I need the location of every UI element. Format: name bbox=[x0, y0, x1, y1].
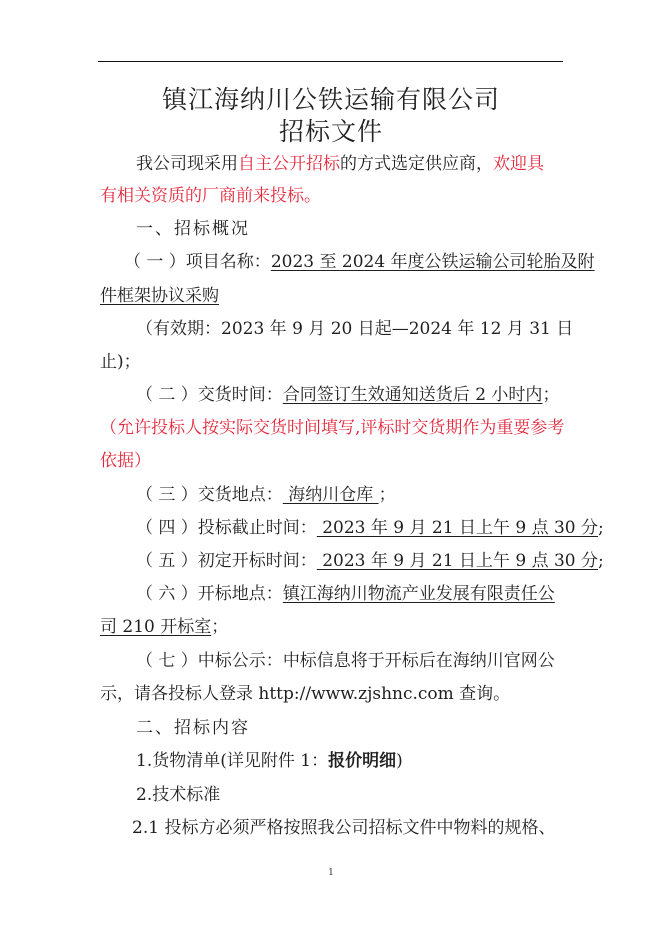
item-bid-opening-location: （ 六 ）开标地点：镇江海纳川物流产业发展有限责任公 bbox=[136, 583, 555, 605]
goods-list-text: 1.货物清单(详见附件 1： bbox=[136, 751, 328, 771]
bid-opening-location-cont: 司 210 开标室； bbox=[100, 616, 228, 638]
intro-highlight-method: 自主公开招标 bbox=[238, 154, 340, 174]
delivery-time-note: （允许投标人按实际交货时间填写,评标时交货期作为重要参考 bbox=[100, 417, 564, 439]
item-label: （ 一 ）项目名称： bbox=[124, 252, 271, 272]
delivery-time-note-cont: 依据） bbox=[100, 450, 151, 472]
bid-opening-location-value: 镇江海纳川物流产业发展有限责任公 bbox=[283, 584, 555, 604]
bid-deadline-value: 2023 年 9 月 21 日上午 9 点 30 分 bbox=[317, 518, 598, 538]
document-page: 镇江海纳川公铁运输有限公司 招标文件 我公司现采用自主公开招标的方式选定供应商，… bbox=[0, 0, 662, 936]
punctuation: ; bbox=[598, 518, 604, 538]
document-title-type: 招标文件 bbox=[0, 112, 662, 148]
delivery-location-value: 海纳川仓库 bbox=[283, 485, 379, 505]
item-bid-opening-time: （ 五 ）初定开标时间： 2023 年 9 月 21 日上午 9 点 30 分; bbox=[136, 550, 604, 572]
intro-line-2: 有相关资质的厂商前来投标。 bbox=[100, 185, 321, 207]
item-label: （ 四 ）投标截止时间： bbox=[136, 518, 317, 538]
item-delivery-time: （ 二 ）交货时间：合同签订生效通知送货后 2 小时内； bbox=[136, 384, 559, 406]
item-label: （ 二 ）交货时间： bbox=[136, 385, 283, 405]
item-label: （ 五 ）初定开标时间： bbox=[136, 551, 317, 571]
item-bid-deadline: （ 四 ）投标截止时间： 2023 年 9 月 21 日上午 9 点 30 分; bbox=[136, 517, 604, 539]
punctuation: ) bbox=[396, 751, 403, 771]
bid-opening-location-value-cont: 司 210 开标室 bbox=[100, 617, 211, 637]
item-label: （ 六 ）开标地点： bbox=[136, 584, 283, 604]
technical-standard-2-1: 2.1 投标方必须严格按照我公司招标文件中物料的规格、 bbox=[132, 817, 555, 839]
validity-period: （有效期：2023 年 9 月 20 日起—2024 年 12 月 31 日 bbox=[136, 318, 573, 340]
validity-period-cont: 止)； bbox=[100, 351, 141, 373]
technical-standard-heading: 2.技术标准 bbox=[136, 784, 220, 806]
punctuation: ； bbox=[211, 617, 228, 637]
item-delivery-location: （ 三 ）交货地点： 海纳川仓库 ； bbox=[136, 484, 396, 506]
document-title-company: 镇江海纳川公铁运输有限公司 bbox=[0, 80, 662, 116]
punctuation: ； bbox=[542, 385, 559, 405]
item-label: （ 七 ）中标公示： bbox=[136, 651, 283, 671]
header-rule bbox=[98, 61, 563, 62]
section-2-heading: 二、招标内容 bbox=[136, 717, 250, 739]
award-notice-text: 中标信息将于开标后在海纳川官网公 bbox=[283, 651, 555, 671]
page-number: 1 bbox=[0, 868, 662, 878]
item-label: （ 三 ）交货地点： bbox=[136, 485, 283, 505]
intro-highlight-welcome: 欢迎具 bbox=[493, 154, 544, 174]
section-1-heading: 一、招标概况 bbox=[136, 218, 250, 240]
punctuation: ; bbox=[598, 551, 604, 571]
intro-text: 我公司现采用 bbox=[136, 154, 238, 174]
punctuation: ； bbox=[379, 485, 396, 505]
award-notice-text-cont: 示，请各投标人登录 http://www.zjshnc.com 查询。 bbox=[100, 683, 510, 705]
quote-detail-ref: 报价明细 bbox=[328, 751, 396, 771]
item-project-name: （ 一 ）项目名称：2023 至 2024 年度公铁运输公司轮胎及附 bbox=[124, 251, 595, 273]
intro-line-1: 我公司现采用自主公开招标的方式选定供应商，欢迎具 bbox=[136, 153, 544, 175]
intro-text-2: 的方式选定供应商， bbox=[340, 154, 493, 174]
item-award-notice: （ 七 ）中标公示：中标信息将于开标后在海纳川官网公 bbox=[136, 650, 555, 672]
goods-list-item: 1.货物清单(详见附件 1：报价明细) bbox=[136, 750, 403, 772]
delivery-time-value: 合同签订生效通知送货后 2 小时内 bbox=[283, 385, 543, 405]
project-name-value-cont: 件框架协议采购 bbox=[100, 285, 219, 307]
bid-opening-time-value: 2023 年 9 月 21 日上午 9 点 30 分 bbox=[317, 551, 598, 571]
project-name-value: 2023 至 2024 年度公铁运输公司轮胎及附 bbox=[271, 252, 595, 272]
